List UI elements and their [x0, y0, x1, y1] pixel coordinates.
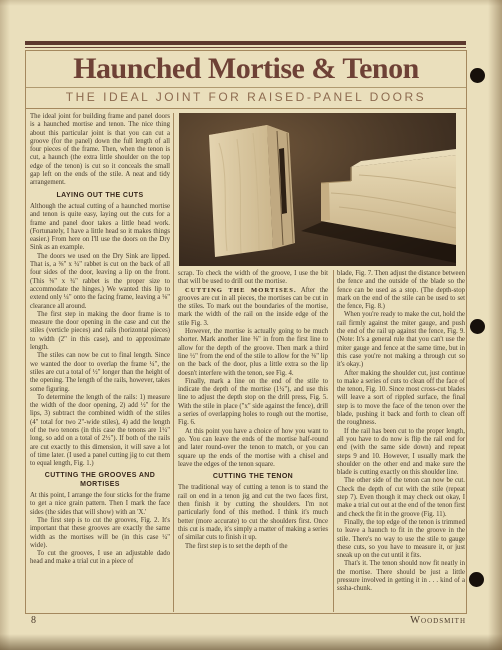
paragraph: When you're ready to make the cut, hold … [337, 311, 465, 369]
magazine-name: Woodsmith [410, 615, 466, 626]
article-column-1: The ideal joint for building frame and p… [30, 113, 170, 567]
paragraph: scrap. To check the width of the groove,… [178, 270, 328, 287]
paragraph: The stiles can now be cut to final lengt… [30, 352, 170, 393]
paragraph: The first step in making the door frame … [30, 311, 170, 352]
page-subtitle: THE IDEAL JOINT FOR RAISED-PANEL DOORS [26, 87, 466, 106]
paragraph: After making the shoulder cut, just cont… [337, 370, 465, 428]
registration-dot [470, 68, 485, 83]
masthead: Haunched Mortise & Tenon THE IDEAL JOINT… [26, 51, 466, 109]
paragraph: The first step is to set the depth of th… [178, 543, 328, 551]
paragraph: At this point you have a choice of how y… [178, 428, 328, 469]
paragraph: The doors we used on the Dry Sink are li… [30, 253, 170, 311]
section-heading: CUTTING THE GROOVES AND MORTISES [30, 472, 170, 489]
column-divider [333, 270, 334, 612]
magazine-page: Haunched Mortise & Tenon THE IDEAL JOINT… [0, 0, 502, 650]
paragraph: blade, Fig. 7. Then adjust the distance … [337, 270, 465, 311]
runin-heading: CUTTING THE MORTISES. [185, 287, 297, 294]
paragraph: To determine the length of the rails: 1)… [30, 394, 170, 469]
paragraph: Finally, mark a line on the end of the s… [178, 378, 328, 428]
paragraph: However, the mortise is actually going t… [178, 328, 328, 378]
page-title: Haunched Mortise & Tenon [26, 51, 466, 86]
top-rule-thin [25, 47, 466, 48]
section-heading: CUTTING THE TENON [178, 473, 328, 481]
paragraph: The traditional way of cutting a tenon i… [178, 484, 328, 542]
top-rule [25, 41, 466, 45]
paragraph: The ideal joint for building frame and p… [30, 113, 170, 188]
column-divider [173, 113, 174, 612]
paragraph: That's it. The tenon should now fit neat… [337, 560, 465, 593]
paragraph: The first step is to cut the grooves, Fi… [30, 517, 170, 550]
page-number: 8 [31, 615, 36, 626]
paragraph: The other side of the tenon can now be c… [337, 477, 465, 518]
section-heading: LAYING OUT THE CUTS [30, 192, 170, 200]
article-column-2: scrap. To check the width of the groove,… [178, 270, 328, 551]
paragraph: CUTTING THE MORTISES. After the grooves … [178, 287, 328, 328]
paragraph: If the rail has been cut to the proper l… [337, 428, 465, 478]
paragraph: To cut the grooves, I use an adjustable … [30, 550, 170, 567]
registration-dot [470, 319, 485, 334]
article-column-3: blade, Fig. 7. Then adjust the distance … [337, 270, 465, 594]
paragraph: At this point, I arrange the four sticks… [30, 492, 170, 517]
mortised-stile [209, 125, 295, 257]
paragraph: Finally, the top edge of the tenon is tr… [337, 519, 465, 560]
paragraph: Although the actual cutting of a haunche… [30, 203, 170, 253]
joint-photo [179, 113, 456, 266]
registration-dot [469, 572, 484, 587]
content-frame: Haunched Mortise & Tenon THE IDEAL JOINT… [25, 50, 467, 614]
